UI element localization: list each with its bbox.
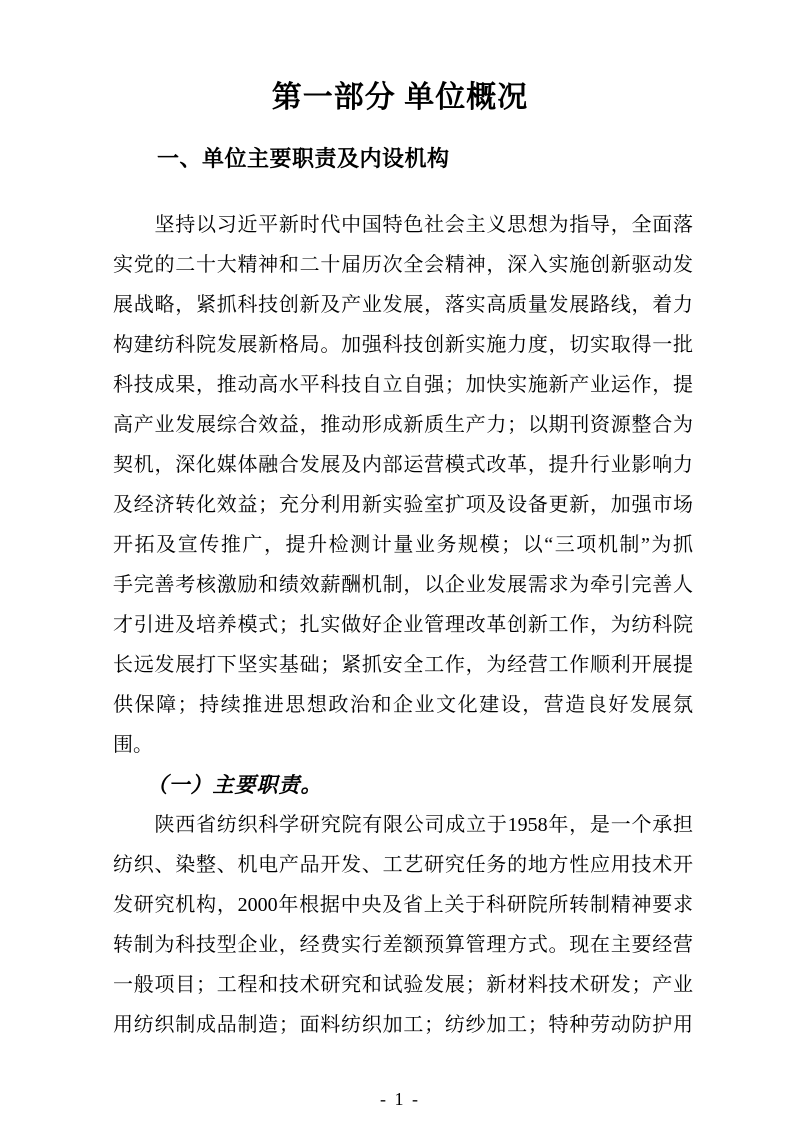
document-title: 第一部分 单位概况 — [0, 76, 800, 120]
document-page: 第一部分 单位概况 一、单位主要职责及内设机构 坚持以习近平新时代中国特色社会主… — [0, 0, 800, 1131]
document-body: 坚持以习近平新时代中国特色社会主义思想为指导，全面落实党的二十大精神和二十届历次… — [113, 205, 693, 1045]
para-subheading-main-duties: （一）主要职责。 — [113, 765, 693, 805]
para-institute-history: 陕西省纺织科学研究院有限公司成立于1958年，是一个承担纺织、染整、机电产品开发… — [113, 805, 693, 1045]
text-line: 科技成果，推动高水平科技自立自强；加快实施新产业运作，提 — [113, 365, 693, 405]
text-line: （一）主要职责。 — [113, 765, 693, 805]
text-line: 构建纺科院发展新格局。加强科技创新实施力度，切实取得一批 — [113, 325, 693, 365]
text-line: 契机，深化媒体融合发展及内部运营模式改革，提升行业影响力 — [113, 445, 693, 485]
text-line: 围。 — [113, 725, 693, 765]
text-line: 开拓及宣传推广，提升检测计量业务规模；以“三项机制”为抓 — [113, 525, 693, 565]
text-line: 才引进及培养模式；扎实做好企业管理改革创新工作，为纺科院 — [113, 605, 693, 645]
section-heading: 一、单位主要职责及内设机构 — [0, 142, 800, 176]
para-guiding-principles: 坚持以习近平新时代中国特色社会主义思想为指导，全面落实党的二十大精神和二十届历次… — [113, 205, 693, 765]
text-line: 手完善考核激励和绩效薪酬机制，以企业发展需求为牵引完善人 — [113, 565, 693, 605]
text-line: 发研究机构，2000年根据中央及省上关于科研院所转制精神要求 — [113, 885, 693, 925]
text-line: 长远发展打下坚实基础；紧抓安全工作，为经营工作顺利开展提 — [113, 645, 693, 685]
text-line: 供保障；持续推进思想政治和企业文化建设，营造良好发展氛 — [113, 685, 693, 725]
page-number: - 1 - — [0, 1088, 800, 1110]
text-line: 展战略，紧抓科技创新及产业发展，落实高质量发展路线，着力 — [113, 285, 693, 325]
text-line: 陕西省纺织科学研究院有限公司成立于1958年，是一个承担 — [113, 805, 693, 845]
text-line: 用纺织制成品制造；面料纺织加工；纺纱加工；特种劳动防护用 — [113, 1005, 693, 1045]
text-line: 转制为科技型企业，经费实行差额预算管理方式。现在主要经营 — [113, 925, 693, 965]
text-line: 坚持以习近平新时代中国特色社会主义思想为指导，全面落 — [113, 205, 693, 245]
text-line: 及经济转化效益；充分利用新实验室扩项及设备更新，加强市场 — [113, 485, 693, 525]
text-line: 纺织、染整、机电产品开发、工艺研究任务的地方性应用技术开 — [113, 845, 693, 885]
text-line: 高产业发展综合效益，推动形成新质生产力；以期刊资源整合为 — [113, 405, 693, 445]
text-line: 一般项目；工程和技术研究和试验发展；新材料技术研发；产业 — [113, 965, 693, 1005]
text-line: 实党的二十大精神和二十届历次全会精神，深入实施创新驱动发 — [113, 245, 693, 285]
